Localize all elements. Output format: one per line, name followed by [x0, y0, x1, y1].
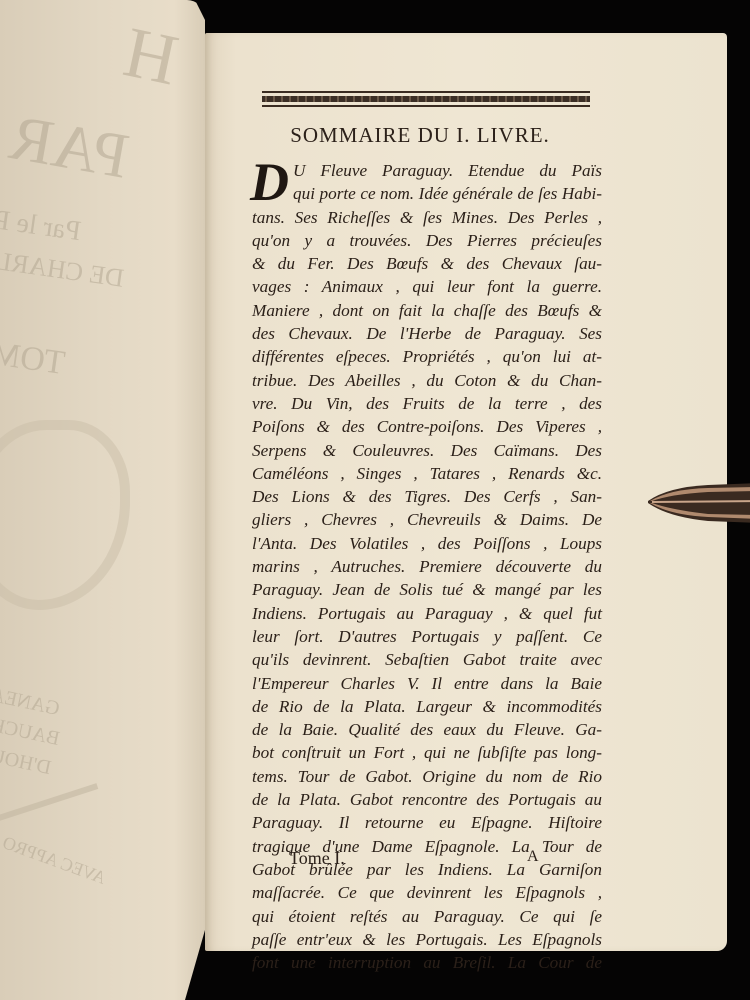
text-line: de la Plata. Gabot rencontre des Portuga… — [252, 788, 602, 811]
text-line: marins , Autruches. Premiere découverte … — [252, 555, 602, 578]
text-line: tribue. Des Abeilles , du Coton & du Cha… — [252, 369, 602, 392]
text-line: l'Anta. Des Volatiles , des Poiſſons , L… — [252, 532, 602, 555]
text-line: Indiens. Portugais au Paraguay , & quel … — [252, 602, 602, 625]
text-line: leur ſort. D'autres Portugais y paſſent.… — [252, 625, 602, 648]
text-line: qu'on y a trouvées. Des Pierres précieuſ… — [252, 229, 602, 252]
text-line: vages : Animaux , qui leur font la guerr… — [252, 275, 602, 298]
text-line: qui étoient reſtés au Paraguay. Ce qui ſ… — [252, 905, 602, 928]
text-line: de Rio de la Plata. Largeur & incommodit… — [252, 695, 602, 718]
bookmark-tip-icon — [648, 479, 750, 529]
text-line: paſſe entr'eux & les Portugais. Les Eſpa… — [252, 928, 602, 951]
text-line: maſſacrée. Ce que devinrent les Eſpagnol… — [252, 881, 602, 904]
bleed-through-text: Par le P. — [0, 204, 83, 248]
text-line: différentes eſpeces. Propriétés , qu'on … — [252, 345, 602, 368]
bleed-through-text: TOM — [0, 335, 67, 383]
text-line: Serpens & Couleuvres. Des Caïmans. Des — [252, 439, 602, 462]
bleed-through-text: PAR — [4, 100, 134, 193]
text-line: Paraguay. Jean de Solis tué & mangé par … — [252, 578, 602, 601]
text-line: font une interruption au Breſil. La Cour… — [252, 951, 602, 974]
signature-mark: A — [527, 848, 539, 866]
volume-footer: Tome I. — [289, 848, 345, 869]
text-line: Paraguay. Il retourne eu Eſpagne. Hiſtoi… — [252, 811, 602, 834]
text-line: qui porte ce nom. Idée générale de ſes H… — [252, 182, 602, 205]
headpiece-rule — [262, 91, 590, 107]
bleed-through-rule — [0, 783, 98, 823]
text-line: Maniere , dont on fait la chaſſe des Bœu… — [252, 299, 602, 322]
text-line: des Chevaux. De l'Herbe de Paraguay. Ses — [252, 322, 602, 345]
bleed-through-text: DE CHARL — [0, 246, 126, 294]
text-line: Caméléons , Singes , Tatares , Renards &… — [252, 462, 602, 485]
bleed-through-ornament — [0, 420, 130, 610]
text-line: tems. Tour de Gabot. Origine du nom de R… — [252, 765, 602, 788]
page-title: SOMMAIRE DU I. LIVRE. — [205, 123, 635, 148]
bleed-through-text: H — [117, 11, 185, 103]
text-line: U Fleuve Paraguay. Etendue du Païs — [252, 159, 602, 182]
text-line: Des Lions & des Tigres. Des Cerfs , San- — [252, 485, 602, 508]
bleed-through-text: D'HOU — [0, 744, 53, 780]
text-line: l'Empereur Charles V. Il entre dans la B… — [252, 672, 602, 695]
text-line: vre. Du Vin, des Fruits de la terre , de… — [252, 392, 602, 415]
text-line: gliers , Chevres , Chevreuils & Daims. D… — [252, 508, 602, 531]
left-page-title-verso: H PAR Par le P. DE CHARL TOM GANEA BAUCH… — [0, 0, 205, 1000]
text-line: bot conſtruit un Fort , qui ne ſubſiſte … — [252, 741, 602, 764]
bleed-through-text: GANEA — [0, 683, 62, 721]
bleed-through-text: AVEC APPRO — [0, 832, 109, 889]
text-line: tans. Ses Richeſſes & ſes Mines. Des Per… — [252, 206, 602, 229]
text-line: qu'ils devinrent. Sebaſtien Gabot traite… — [252, 648, 602, 671]
text-line: Poiſons & des Contre-poiſons. Des Vipere… — [252, 415, 602, 438]
text-line: de la Baie. Qualité des eaux du Fleuve. … — [252, 718, 602, 741]
drop-cap: D — [250, 161, 289, 203]
text-line: & du Fer. Des Bœufs & des Chevaux ſau- — [252, 252, 602, 275]
